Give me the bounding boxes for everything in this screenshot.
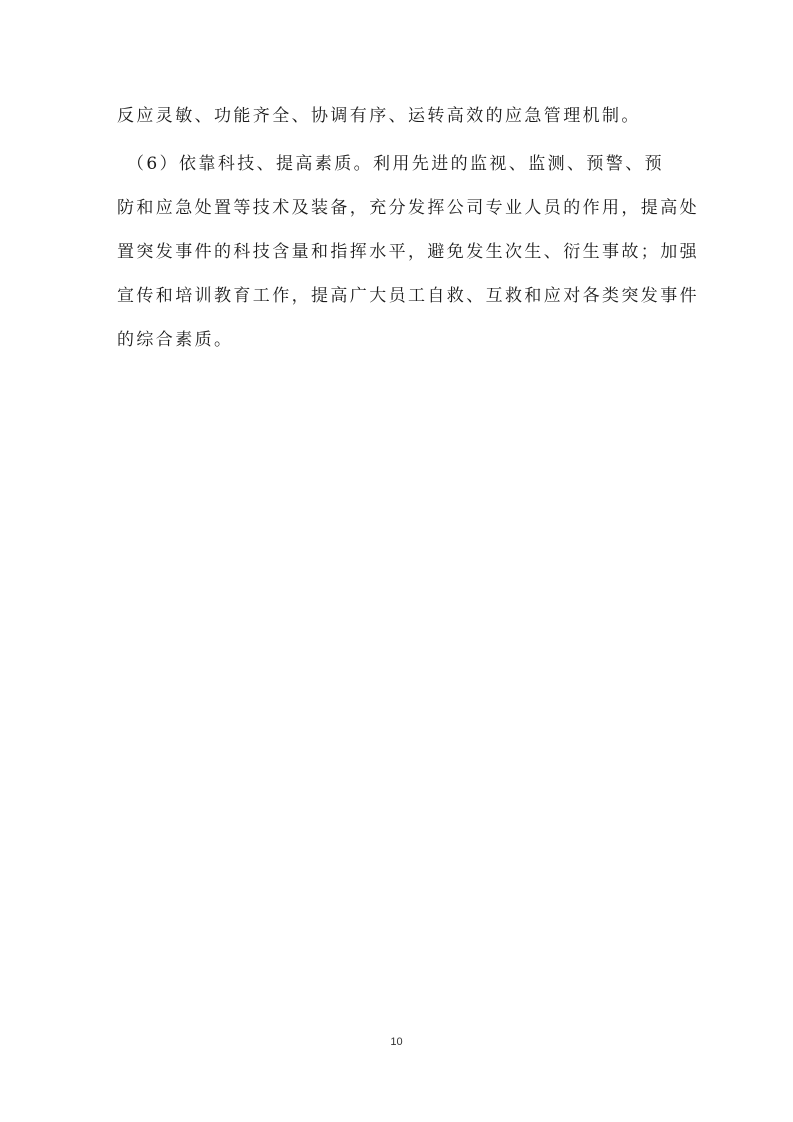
paragraph-6-line-5: 的综合素质。 xyxy=(117,328,233,352)
paragraph-6-line-1: （6）依靠科技、提高素质。利用先进的监视、监测、预警、预 xyxy=(127,152,664,176)
text-line-1: 反应灵敏、功能齐全、协调有序、运转高效的应急管理机制。 xyxy=(117,104,641,128)
paragraph-6-line-4: 宣传和培训教育工作，提高广大员工自救、互救和应对各类突发事件 xyxy=(117,284,699,308)
document-page: 反应灵敏、功能齐全、协调有序、运转高效的应急管理机制。 （6）依靠科技、提高素质… xyxy=(0,0,793,1122)
page-number: 10 xyxy=(0,1036,793,1048)
paragraph-6-line-3: 置突发事件的科技含量和指挥水平，避免发生次生、衍生事故；加强 xyxy=(117,240,699,264)
paragraph-6-line-2: 防和应急处置等技术及装备，充分发挥公司专业人员的作用，提高处 xyxy=(117,196,699,220)
